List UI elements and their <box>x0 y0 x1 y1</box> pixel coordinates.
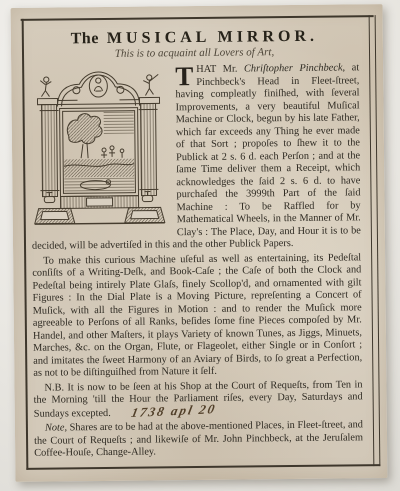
note-lead-word: Note <box>45 422 65 433</box>
photographed-newspaper-clipping: The MUSICAL MIRROR. This is to acquaint … <box>0 0 400 491</box>
handwritten-date-annotation: 1738 apl 20 <box>119 404 217 418</box>
paragraph-lead: HAT Mr. <box>196 64 244 75</box>
title-caps: MUSICAL MIRROR. <box>107 28 318 47</box>
page-title: The MUSICAL MIRROR. <box>30 20 359 48</box>
paragraph-nota-bene: N.B. It is now to be ſeen at his Shop at… <box>33 379 362 421</box>
printed-rule-right-inner <box>368 15 374 466</box>
proprietor-name: Chriſtopher Pinchbeck <box>244 62 343 74</box>
musical-clock-engraving <box>30 65 168 226</box>
dropcap-letter: T <box>175 64 196 87</box>
shares-note-text: , Shares are to be had at the above-ment… <box>34 419 363 458</box>
paragraph-machine-description: To make this curious Machine uſeful as w… <box>32 252 362 380</box>
advertisement-content: The MUSICAL MIRROR. This is to acquaint … <box>30 18 364 465</box>
printed-rule-right-outer <box>374 15 380 466</box>
clock-engraving-icon <box>30 65 168 226</box>
advertisement-body-text: THAT Mr. Chriſtopher Pinchbeck, at Pinch… <box>30 62 363 460</box>
printed-rule-left <box>22 19 29 470</box>
clipping-paper: The MUSICAL MIRROR. This is to acquaint … <box>11 4 388 482</box>
title-article-word: The <box>71 30 99 47</box>
paragraph-shares-note: Note, Shares are to be had at the above-… <box>34 419 363 460</box>
